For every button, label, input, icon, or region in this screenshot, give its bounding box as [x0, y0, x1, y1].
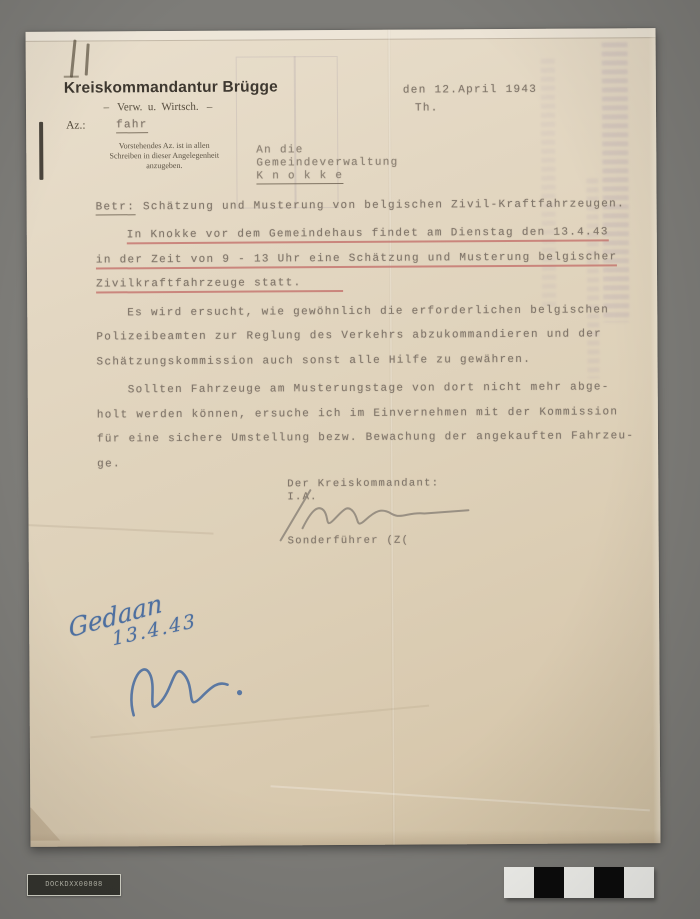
document-paper: Kreiskommandantur Brügge – Verw. u. Wirt…: [26, 28, 661, 847]
paper-bottom-shade: [30, 829, 660, 847]
subject-text: Schätzung und Musterung von belgischen Z…: [135, 198, 625, 213]
file-reference-label: Az.:: [66, 120, 86, 132]
recipient-line: An die: [256, 144, 398, 158]
letter-body: Betr: Schätzung und Musterung von belgis…: [96, 198, 635, 483]
bleedthrough-box: [294, 56, 339, 208]
letterhead-organization: Kreiskommandantur Brügge: [64, 78, 278, 97]
paper-crease: [271, 785, 650, 811]
signature-rank: Sonderführer (Z(: [288, 535, 410, 548]
scale-bar-square: [594, 867, 624, 898]
letterhead-note-line: anzugeben.: [66, 160, 262, 171]
paper-crease: [29, 524, 214, 535]
date-line: den 12.April 1943: [403, 84, 537, 97]
margin-ink-mark: [39, 122, 43, 180]
recipient-city: K n o k k e: [256, 170, 398, 184]
subject-label: Betr:: [96, 201, 136, 215]
body-line: Es wird ersucht, wie gewöhnlich die erfo…: [96, 304, 633, 332]
subject-line: Betr: Schätzung und Musterung von belgis…: [96, 198, 633, 226]
pencil-mark: [64, 76, 79, 78]
paper-corner-fold: [30, 807, 60, 841]
paraph-dot: [237, 690, 242, 695]
scale-bar-square: [504, 867, 534, 898]
letterhead-note: Vorstehendes Az. ist in allen Schreiben …: [66, 140, 262, 171]
archive-label: DOCKDXX00808: [27, 874, 121, 896]
body-line: Schätzungskommission auch sonst alle Hil…: [96, 353, 633, 381]
pencil-mark: [70, 40, 77, 78]
highlighted-line: in der Zeit von 9 - 13 Uhr eine Schätzun…: [96, 251, 633, 279]
handwritten-paraph: [121, 632, 272, 729]
clerk-initials: Th.: [415, 102, 439, 114]
body-line: für eine sichere Umstellung bezw. Bewach…: [97, 430, 634, 458]
archive-photo: Kreiskommandantur Brügge – Verw. u. Wirt…: [0, 0, 700, 919]
body-line: holt werden können, ersuche ich im Einve…: [97, 406, 634, 434]
scale-bar-square: [564, 867, 594, 898]
scale-bar-square: [534, 867, 564, 898]
highlighted-line: Zivilkraftfahrzeuge statt.: [96, 276, 633, 304]
highlighted-line: In Knokke vor dem Gemeindehaus findet am…: [96, 226, 633, 254]
body-line: Polizeibeamten zur Reglung des Verkehrs …: [96, 328, 633, 356]
paper-right-edge: [649, 28, 661, 843]
letterhead-department: – Verw. u. Wirtsch. –: [60, 101, 256, 114]
recipient-block: An die Gemeindeverwaltung K n o k k e: [256, 144, 398, 184]
scale-bar-square: [624, 867, 654, 898]
pencil-mark: [85, 43, 90, 75]
body-line: Sollten Fahrzeuge am Musterungstage von …: [97, 381, 634, 409]
recipient-line: Gemeindeverwaltung: [256, 157, 398, 171]
archive-label-text: DOCKDXX00808: [45, 881, 103, 889]
photo-scale-bar: [504, 867, 654, 898]
paper-top-fold: [26, 28, 656, 42]
file-reference-value: fahr: [116, 119, 148, 131]
